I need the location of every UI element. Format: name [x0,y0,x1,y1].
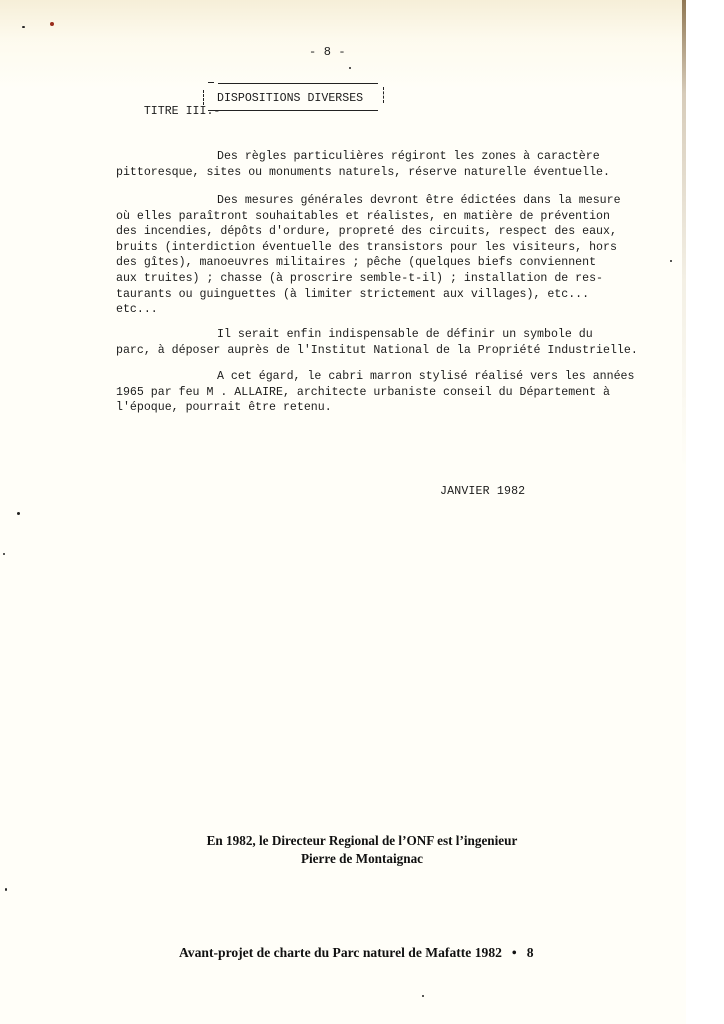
paragraph-line: parc, à déposer auprès de l'Institut Nat… [116,343,638,359]
page-marker: - 8 - [309,45,346,60]
footer-separator: • [512,945,517,961]
paragraph-line: Des mesures générales devront être édict… [116,193,621,209]
footer-title: Avant-projet de charte du Parc naturel d… [179,945,502,960]
paragraph-line: des gîtes), manoeuvres militaires ; pêch… [116,255,621,271]
frame-line [218,83,378,84]
paragraph-line: où elles paraîtront souhaitables et réal… [116,209,621,225]
scanned-page: - 8 - TITRE III.- DISPOSITIONS DIVERSES … [0,0,724,1024]
ink-speck [50,22,54,26]
page-margin [686,0,724,1024]
caption-line: Pierre de Montaignac [0,850,724,868]
paragraph: Des mesures générales devront être édict… [116,193,621,318]
binding-edge-shadow [682,0,686,470]
frame-line [208,110,378,111]
ink-speck [17,512,20,515]
paragraph: A cet égard, le cabri marron stylisé réa… [116,369,634,416]
paragraph-line: A cet égard, le cabri marron stylisé réa… [116,369,634,385]
section-title: DISPOSITIONS DIVERSES [217,92,363,105]
ink-speck [349,67,351,69]
paragraph-line: l'époque, pourrait être retenu. [116,400,634,416]
paragraph-line: etc... [116,302,621,318]
frame-line [208,82,214,83]
footer-page-number: 8 [527,945,534,960]
paragraph-line: Des règles particulières régiront les zo… [116,149,610,165]
page-footer: Avant-projet de charte du Parc naturel d… [179,945,533,961]
section-heading: TITRE III.- DISPOSITIONS DIVERSES [116,92,220,157]
paragraph: Des règles particulières régiront les zo… [116,149,610,180]
caption: En 1982, le Directeur Regional de l’ONF … [0,832,724,868]
ink-speck [3,553,5,555]
paragraph-line: aux truites) ; chasse (à proscrire sembl… [116,271,621,287]
paragraph-line: taurants ou guinguettes (à limiter stric… [116,287,621,303]
ink-speck [670,260,672,262]
paragraph: Il serait enfin indispensable de définir… [116,327,638,358]
ink-speck [422,995,424,997]
paragraph-line: bruits (interdiction éventuelle des tran… [116,240,621,256]
caption-line: En 1982, le Directeur Regional de l’ONF … [0,832,724,850]
document-date: JANVIER 1982 [440,484,525,499]
ink-speck [22,26,25,28]
ink-speck [5,888,7,891]
frame-bar [383,87,384,103]
paragraph-line: pittoresque, sites ou monuments naturels… [116,165,610,181]
paragraph-line: 1965 par feu M . ALLAIRE, architecte urb… [116,385,634,401]
paragraph-line: Il serait enfin indispensable de définir… [116,327,638,343]
frame-bar [203,90,204,105]
paragraph-line: des incendies, dépôts d'ordure, propreté… [116,224,621,240]
